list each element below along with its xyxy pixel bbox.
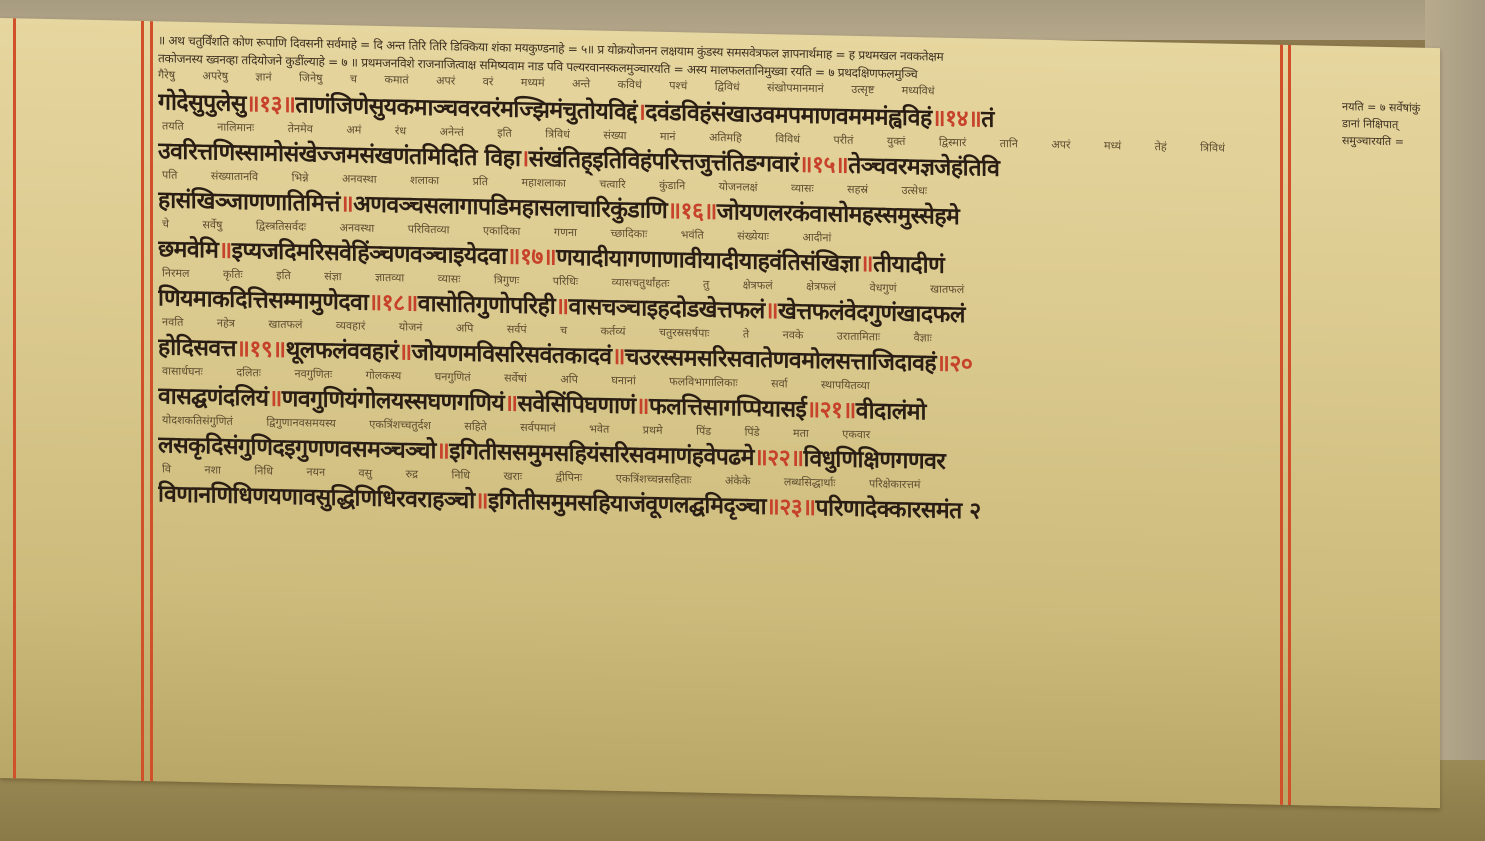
margin-rule-left-outer bbox=[13, 18, 16, 778]
main-text-segment: दवंडविहंसंखाउवमपमाणवमममं bbox=[645, 100, 888, 131]
main-text-segment: सवेसिंपिघणाणं bbox=[517, 391, 635, 419]
main-text-segment: विणानणिधिणयणावसुद्धिणिधिरवराहञ्चो bbox=[158, 481, 475, 514]
verse-number-rubric: ॥ bbox=[268, 386, 281, 412]
main-text-segment: छमवेमि bbox=[158, 236, 218, 263]
verse-number-rubric: ॥ bbox=[765, 298, 778, 324]
main-text-segment: अणवञ्चसलागापडिमहासलाचारिकुंडाणि bbox=[353, 191, 667, 224]
verse-number-rubric: ॥२० bbox=[936, 351, 972, 378]
main-text-segment: वासचञ्चाइहदोडखेत्तफलं bbox=[569, 294, 765, 324]
verse-number-rubric: ॥१९॥ bbox=[236, 336, 285, 363]
main-text-segment: खेत्तफलंवेदगुणंखादफलं bbox=[778, 298, 965, 328]
main-text-segment: ह्वविहं bbox=[888, 105, 932, 132]
main-text-segment: वासोतिगुणोपरिही bbox=[418, 291, 555, 320]
verse-number-rubric: ॥ bbox=[504, 391, 517, 417]
main-text-segment: होदिसवत्त bbox=[158, 334, 236, 362]
verse-number-rubric: ॥१४॥ bbox=[932, 106, 981, 133]
verse-number-rubric: ॥२३॥ bbox=[766, 494, 815, 521]
main-text-segment: हासंखिञ्जाणणातिमित्तं bbox=[158, 187, 340, 217]
main-text-segment: जोयणलरकंवासोमहस्समुस्सेहमे bbox=[717, 199, 960, 230]
main-text-segment: वीदालंमो bbox=[856, 398, 926, 425]
verse-number-rubric: ॥१३॥ bbox=[246, 91, 295, 118]
verse-number-rubric: ॥१७॥ bbox=[507, 244, 556, 271]
main-text-segment: इगितीससमुमसहियंसरिसवमाणंहवेपढमे bbox=[449, 438, 754, 470]
main-text-segment: चउरस्समसरिसवातेणवमोलसत्ताजिदावहं bbox=[625, 344, 936, 377]
verse-number-rubric: ॥२१॥ bbox=[806, 397, 855, 424]
main-text-segment: गोदेसुपुलेसु bbox=[158, 89, 246, 117]
main-text-segment: तं bbox=[981, 107, 994, 133]
main-text-segment: थूलफलंववहारं bbox=[286, 337, 399, 365]
verse-number-rubric: ॥१८॥ bbox=[368, 290, 417, 317]
verse-number-rubric: ॥१५॥ bbox=[799, 152, 848, 179]
main-text-segment: २ bbox=[962, 498, 981, 524]
margin-note-line: डानां निक्षिपात् bbox=[1342, 115, 1442, 134]
main-text-segment: फलत्तिसागप्पियासई bbox=[649, 394, 806, 423]
verse-number-rubric: ॥ bbox=[398, 339, 411, 365]
main-text-segment: संखंतिह्इतिविहंपरित्तजुत्तंतिङगवारं bbox=[529, 146, 799, 178]
verse-number-rubric: ॥ bbox=[636, 393, 649, 419]
verse-number-rubric: ॥ bbox=[475, 488, 488, 514]
main-text-segment: णियमाकदित्तिसम्मामुणेदवा bbox=[158, 285, 368, 315]
text-block: ॥ अथ चतुर्विंशति कोण रूपाणि दिवसनी सर्वम… bbox=[158, 31, 1328, 536]
main-text-segment: तीयादीणं bbox=[873, 251, 944, 278]
verse-number-rubric: ॥ bbox=[555, 294, 568, 320]
main-text-segment: तेञ्चवरमज्ञजेहंतिवि bbox=[848, 153, 999, 182]
main-text-segment: णवगुणियंगोलयस्सघणगणियं bbox=[282, 386, 504, 417]
verse-number-rubric: ॥ bbox=[860, 251, 873, 277]
right-margin-note: नयति = ७ सर्वेषांकुं डानां निक्षिपात् सम… bbox=[1342, 98, 1442, 151]
verse-number-rubric: ॥२२॥ bbox=[754, 445, 803, 472]
main-text-segment: लसकृदिसंगुणिदइगुणणवसमञ्चञ्चो bbox=[158, 432, 436, 464]
main-text-segment: विधुणिक्षिणगणवर bbox=[804, 446, 946, 475]
main-text-segment: णयादीयागणाणावीयादीयाहवंतिसंखिज्ञा bbox=[556, 245, 860, 277]
verse-lines: गोदेसुपुलेसु॥१३॥ताणंजिणेसुयकमाञ्चवरवरंमज… bbox=[158, 87, 1328, 534]
verse-number-rubric: ॥१६॥ bbox=[667, 198, 716, 225]
main-text-segment: परिणादेक्कारसमंत bbox=[816, 495, 962, 524]
verse-number-rubric: ॥ bbox=[612, 344, 625, 370]
margin-rule-left-inner-b bbox=[150, 21, 153, 781]
verse-number-rubric: ॥ bbox=[218, 238, 231, 264]
main-text-segment: इगितीसमुमसहियाजंवूणलद्घमिदृञ्चा bbox=[488, 488, 766, 520]
main-text-segment: इप्यजदिमरिसवेहिंञ्चणवञ्चाइयेदवा bbox=[232, 238, 507, 270]
verse-number-rubric: । bbox=[520, 146, 528, 172]
verse-number-rubric: ॥ bbox=[436, 438, 449, 464]
main-text-segment: जोयणमविसरिसवंतकादवं bbox=[412, 340, 612, 370]
main-text-segment: वासद्घणंदलियं bbox=[158, 383, 268, 411]
manuscript-folio: ॥ अथ चतुर्विंशति कोण रूपाणि दिवसनी सर्वम… bbox=[0, 18, 1440, 808]
margin-rule-left-inner-a bbox=[141, 21, 144, 781]
margin-note-line: नयति = ७ सर्वेषांकुं bbox=[1342, 98, 1442, 117]
verse-number-rubric: ॥ bbox=[340, 191, 353, 217]
margin-note-line: समुञ्चारयति = bbox=[1342, 132, 1442, 151]
